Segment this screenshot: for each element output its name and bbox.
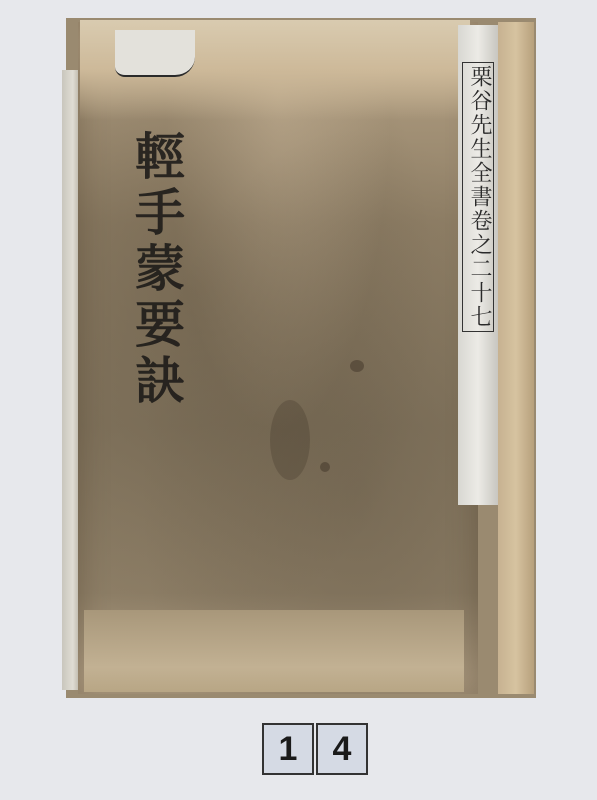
- ink-stain: [350, 360, 364, 372]
- handwritten-cover-title: 輕手蒙要訣: [118, 130, 188, 410]
- spine-binding: [498, 22, 534, 694]
- water-stain: [270, 400, 310, 480]
- cover-repair-patch: [84, 610, 464, 692]
- exposed-inner-page: [115, 30, 195, 77]
- number-plate-digit: 1: [262, 723, 314, 775]
- title-slip-text: 栗谷先生全書卷之二十七: [462, 62, 494, 332]
- number-plate-digit: 4: [316, 723, 368, 775]
- ink-stain: [320, 462, 330, 472]
